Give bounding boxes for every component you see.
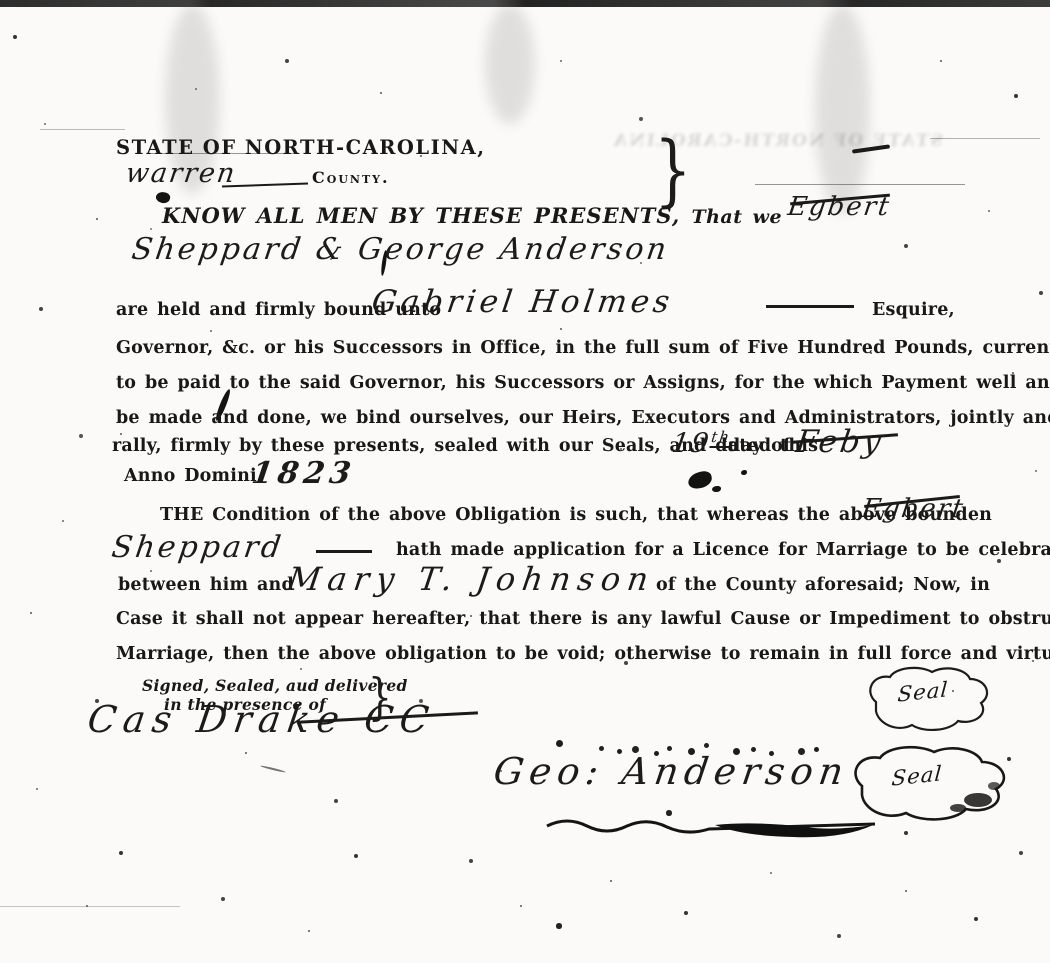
faded-signature-dots <box>0 0 3 3</box>
state-heading: STATE OF NORTH-CAROLINA, <box>116 136 486 159</box>
stray-pen-mark <box>260 765 286 773</box>
condition-line3-prefix: between him and <box>118 575 294 595</box>
bounden-first-name-handwritten: Egbert <box>860 494 967 524</box>
ink-blot <box>712 486 721 492</box>
scratch-line <box>930 138 1040 139</box>
bride-name-handwritten: Mary T. Johnson <box>285 560 657 598</box>
condition-line3-suffix: of the County aforesaid; Now, in <box>656 575 990 595</box>
esquire-text: Esquire, <box>872 300 955 320</box>
obligee-handwritten: Gabriel Holmes <box>369 284 675 320</box>
bounden-surname-handwritten: Sheppard <box>110 530 286 565</box>
scan-smudge <box>815 4 870 214</box>
fill-dash <box>316 550 372 553</box>
day-handwritten: 19th <box>670 428 732 459</box>
bond-line4: be made and done, we bind ourselves, our… <box>116 408 1050 428</box>
condition-line2: hath made application for a Licence for … <box>396 540 1050 560</box>
scratch-line <box>40 129 125 130</box>
ink-blot <box>741 470 747 475</box>
year-handwritten: 1823 <box>250 456 358 491</box>
presents-text: KNOW ALL MEN BY THESE PRESENTS, <box>162 203 680 228</box>
seal-scribble-2: Seal <box>846 742 1014 824</box>
ink-blot <box>687 470 714 491</box>
fill-dash <box>766 305 854 308</box>
condition-line5: Marriage, then the above obligation to b… <box>116 644 1050 664</box>
bond-line2: Governor, &c. or his Successors in Offic… <box>116 338 1050 358</box>
scratch-line <box>0 906 180 907</box>
presents-heading: KNOW ALL MEN BY THESE PRESENTS, That we <box>162 203 782 228</box>
condition-line4: Case it shall not appear hereafter, that… <box>116 609 1050 629</box>
scanned-document-page: STATE OF NORTH-CAROLINA STATE OF NORTH-C… <box>0 0 1050 963</box>
day-of-text: day of <box>728 436 791 456</box>
principals-handwritten: Sheppard & George Anderson <box>130 232 672 267</box>
scan-smudge <box>485 4 535 124</box>
witness-signature: Cas Drake CC <box>85 698 438 741</box>
county-label: County. <box>312 168 390 187</box>
anno-domini-text: Anno Domini <box>124 466 257 486</box>
scan-edge-band <box>0 0 1050 7</box>
signature-underline-flourish <box>545 812 890 840</box>
bondsman-signature: Geo: Anderson <box>491 750 852 793</box>
seal-scribble-1: Seal <box>862 664 994 734</box>
day-number: 19 <box>670 428 713 459</box>
bond-line3: to be paid to the said Governor, his Suc… <box>116 373 1050 393</box>
that-we-text: That we <box>691 206 782 228</box>
scratch-line <box>755 184 965 185</box>
county-name-handwritten: warren <box>124 158 239 189</box>
